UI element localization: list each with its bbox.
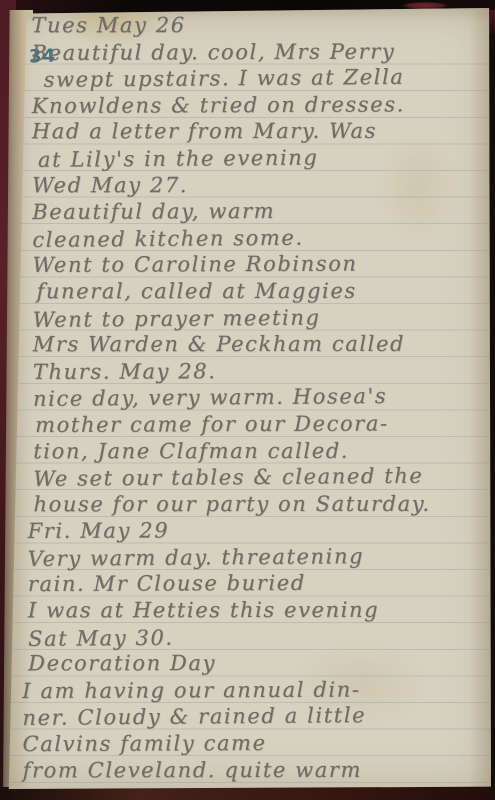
red-binding-fibers [403,2,447,9]
journal-line: at Lily's in the evening [32,143,484,173]
journal-line: funeral, called at Maggies [33,278,485,305]
journal-line: Had a letter from Mary. Was [32,118,484,145]
journal-line: tion, Jane Clafman called. [33,437,485,464]
journal-line: swept upstairs. I was at Zella [32,63,484,93]
journal-line: nice day, very warm. Hosea's [33,382,485,412]
journal-line-date: Wed May 27. [32,171,484,198]
book-cover-bottom-edge [0,787,495,800]
journal-line: Very warm day. threatening [28,542,486,572]
journal-line: Went to prayer meeting [33,303,485,333]
journal-line: I am having our annual din- [22,676,486,705]
journal-line: We set our tables & cleaned the [33,462,485,492]
journal-text: Tues May 26 Beautiful day. cool, Mrs Per… [31,11,486,784]
journal-line: Calvins family came [22,729,486,758]
journal-line-date: Fri. May 29 [28,516,486,545]
journal-photo: 34 Tues May 26 Beautiful day. cool, Mrs … [0,0,495,800]
journal-line-date: Sat May 30. [28,622,486,652]
journal-line: Mrs Warden & Peckham called [33,331,485,358]
journal-line: house for our party on Saturday. [33,490,485,517]
journal-line-date: Thurs. May 28. [33,357,485,386]
journal-line: rain. Mr Clouse buried [28,569,486,598]
journal-line: from Cleveland. quite warm [23,756,487,783]
journal-line: cleaned kitchen some. [32,223,484,253]
journal-line: Went to Caroline Robinson [32,250,484,279]
journal-page: 34 Tues May 26 Beautiful day. cool, Mrs … [5,8,491,789]
journal-line: mother came for our Decora- [33,410,485,439]
journal-line: Beautiful day. cool, Mrs Perry [31,38,483,67]
journal-line: ner. Cloudy & rained a little [22,702,486,732]
journal-line: Knowldens & tried on dresses. [32,91,484,120]
journal-line: I was at Hetties this evening [28,597,486,624]
journal-line: Decoration Day [28,650,486,677]
journal-line-date: Tues May 26 [31,12,483,39]
journal-line: Beautiful day, warm [32,197,484,226]
